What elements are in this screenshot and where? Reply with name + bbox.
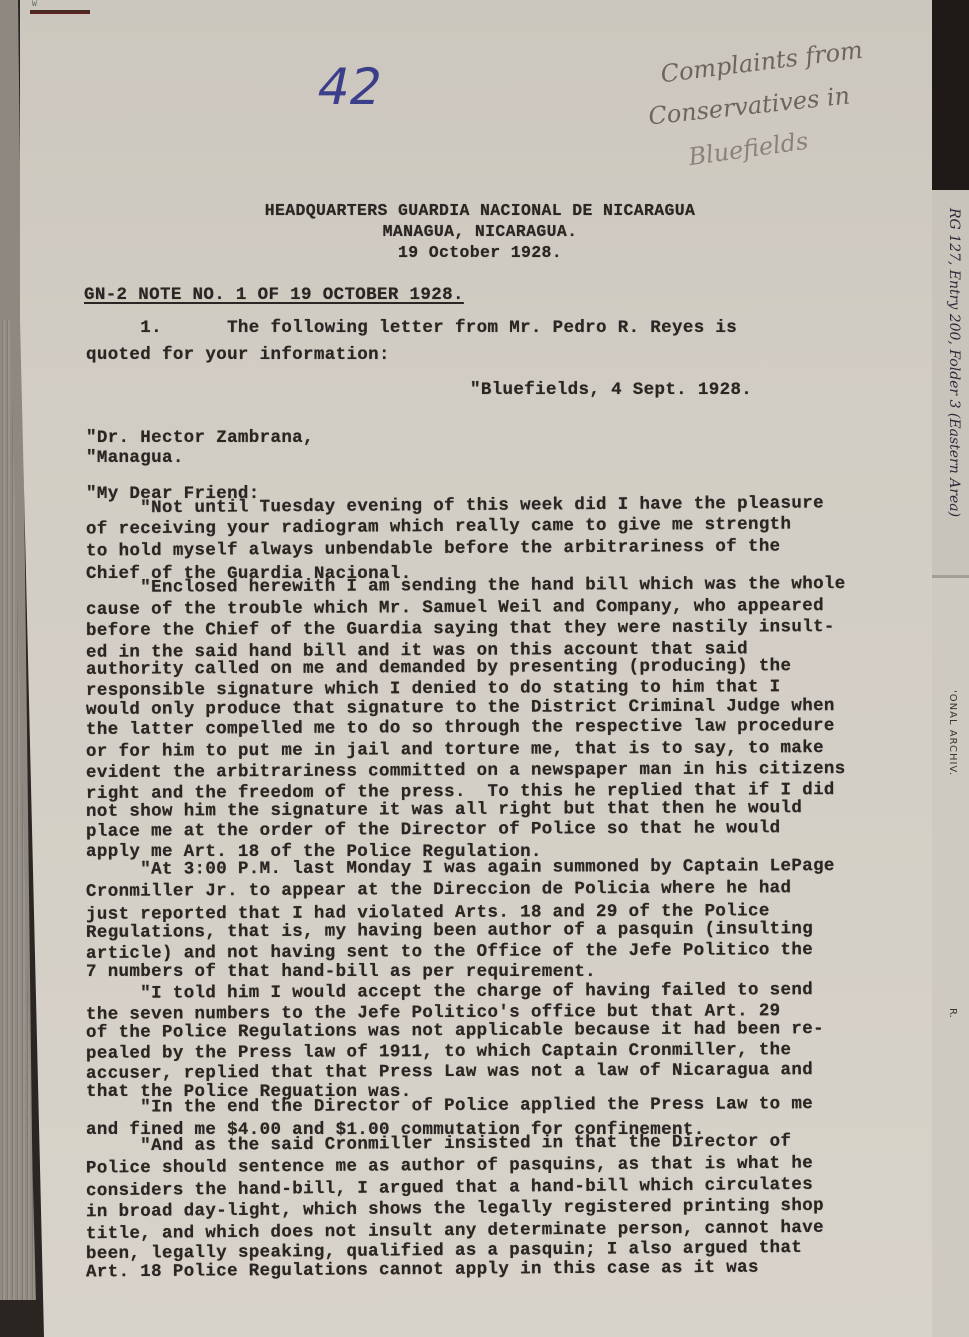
background-corner xyxy=(0,1300,40,1337)
archive-stamp-letter: R. xyxy=(947,1008,958,1018)
body-line: "I told him I would accept the charge of… xyxy=(86,980,813,1004)
handwritten-record-reference: RG 127, Entry 200, Folder 3 (Eastern Are… xyxy=(946,208,962,517)
header-date: 19 October 1928. xyxy=(230,243,730,262)
body-line: the latter compelled me to do so through… xyxy=(86,716,835,740)
corner-mark-line xyxy=(30,10,90,14)
body-line: Cronmiller Jr. to appear at the Direccio… xyxy=(86,878,791,902)
body-line: 7 numbers of that hand-bill as per requi… xyxy=(86,962,596,982)
archive-stamp: 'ONAL ARCHIV. xyxy=(947,690,958,776)
body-line: Regulations, that is, my having been aut… xyxy=(86,919,813,943)
body-line: evident the arbitrariness committed on a… xyxy=(86,759,846,783)
note-title: GN-2 NOTE NO. 1 OF 19 OCTOBER 1928. xyxy=(84,285,464,305)
body-line: "Enclosed herewith I am sending the hand… xyxy=(86,574,846,598)
body-line: authority called on me and demanded by p… xyxy=(86,656,791,680)
addressee-line-1: "Dr. Hector Zambrana, xyxy=(86,428,314,448)
letter-dateline: "Bluefields, 4 Sept. 1928. xyxy=(470,380,752,400)
body-line: accuser, replied that that Press Law was… xyxy=(86,1060,813,1084)
body-line: "At 3:00 P.M. last Monday I was again su… xyxy=(86,856,835,880)
body-line: or for him to put me in jail and torture… xyxy=(86,738,824,762)
body-line: article) and not having sent to the Offi… xyxy=(86,940,813,964)
corner-mark: W xyxy=(32,0,37,9)
intro-line-2: quoted for your information: xyxy=(86,345,390,365)
addressee-line-2: "Managua. xyxy=(86,448,184,468)
intro-line-1: 1. The following letter from Mr. Pedro R… xyxy=(86,318,737,338)
handwritten-page-number: 42 xyxy=(312,58,388,116)
header-line-1: HEADQUARTERS GUARDIA NACIONAL DE NICARAG… xyxy=(230,201,730,220)
header-line-2: MANAGUA, NICARAGUA. xyxy=(230,222,730,241)
body-line: before the Chief of the Guardia saying t… xyxy=(86,617,835,641)
body-line: cause of the trouble which Mr. Samuel We… xyxy=(86,596,824,620)
body-line: place me at the order of the Director of… xyxy=(86,818,781,842)
body-line: "In the end the Director of Police appli… xyxy=(86,1094,813,1118)
body-line: of the Police Regulations was not applic… xyxy=(86,1019,824,1043)
background-right xyxy=(929,0,969,200)
